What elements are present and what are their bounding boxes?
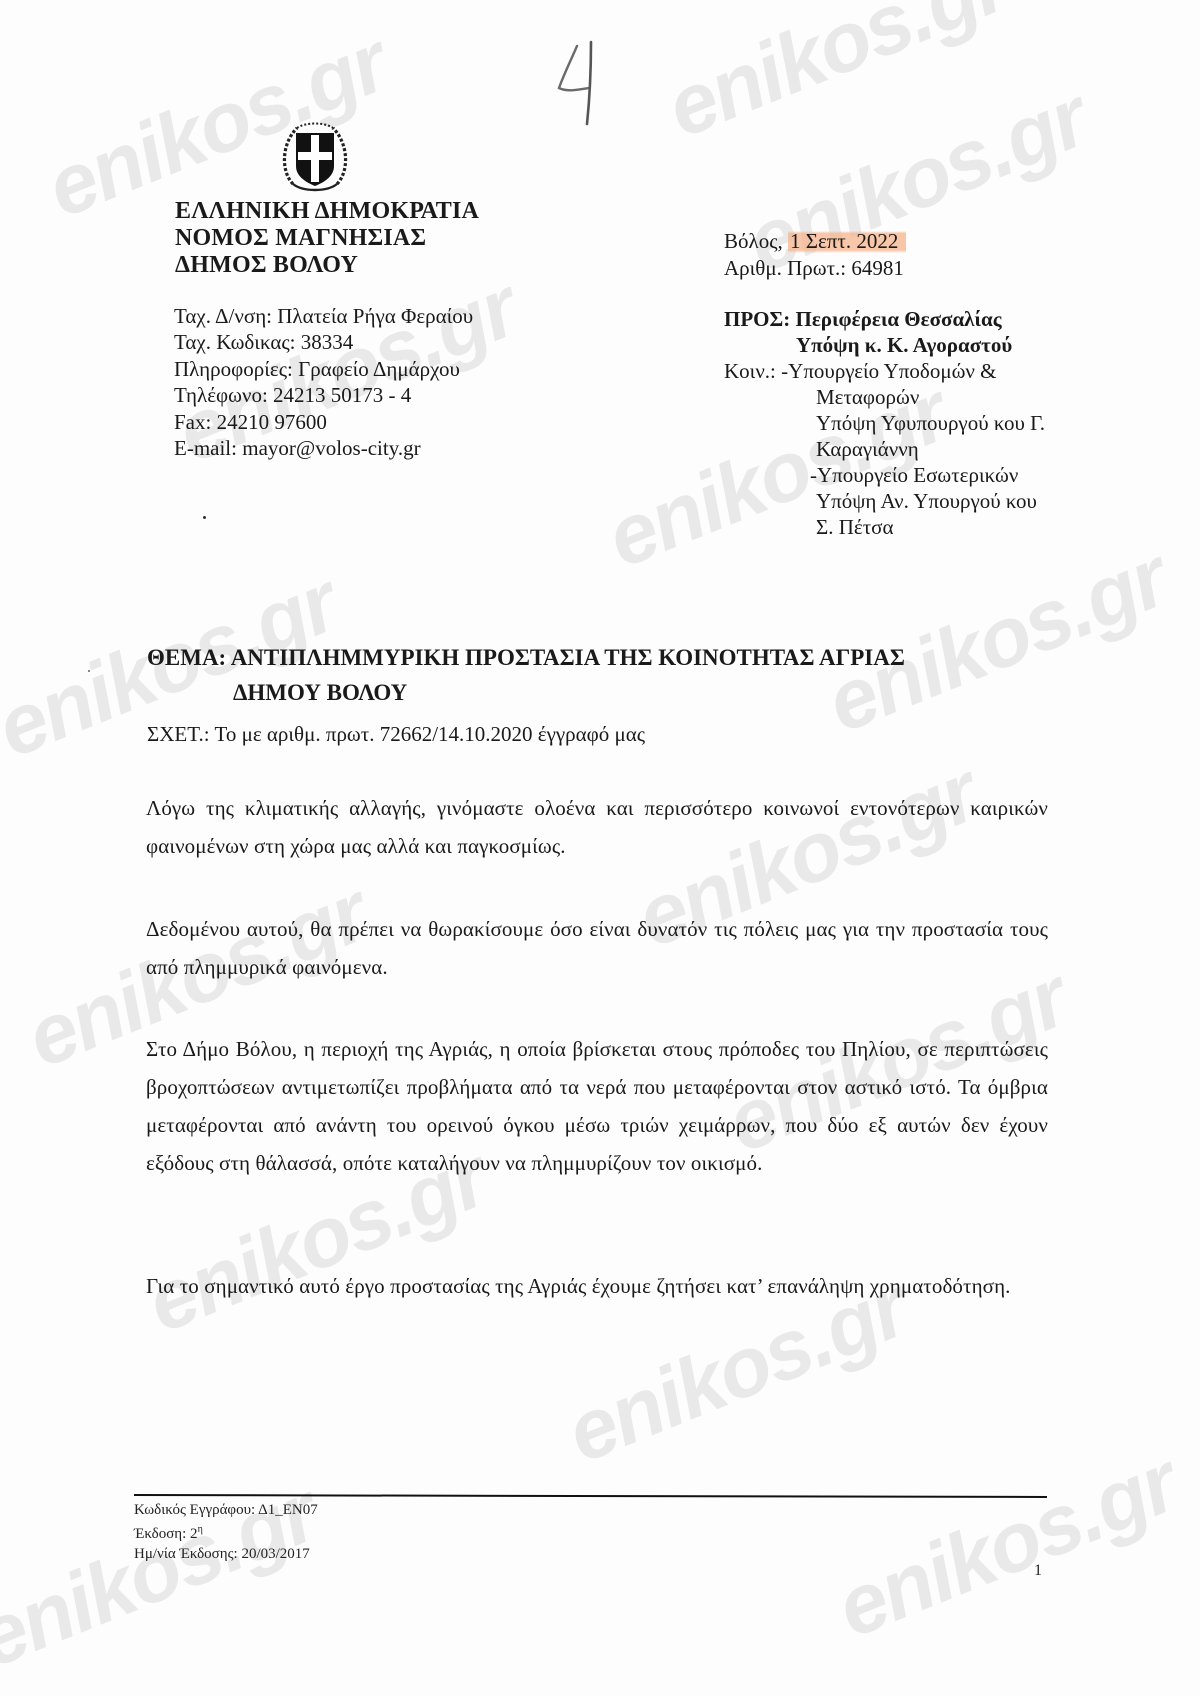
contact-fax: Fax: 24210 97600	[174, 409, 473, 435]
contact-email: E-mail: mayor@volos-city.gr	[174, 435, 473, 461]
footer: Κωδικός Εγγράφου: Δ1_ΕΝ07 Έκδοση: 2η Ημ/…	[134, 1500, 318, 1564]
cc-line: Μεταφορών	[724, 384, 1045, 410]
cc-line: Καραγιάννη	[724, 436, 1045, 462]
body-paragraph: Στο Δήμο Βόλου, η περιοχή της Αγριάς, η …	[146, 1030, 1048, 1182]
page-number: 1	[1034, 1562, 1042, 1580]
reference-line: ΣΧΕΤ.: Το με αριθμ. πρωτ. 72662/14.10.20…	[147, 722, 645, 747]
letterhead-prefecture: ΝΟΜΟΣ ΜΑΓΝΗΣΙΑΣ	[175, 225, 479, 252]
recipients-block: ΠΡΟΣ: Περιφέρεια Θεσσαλίας Υπόψη κ. Κ. Α…	[724, 306, 1045, 540]
subject: ΘΕΜΑ: ΑΝΤΙΠΛΗΜΜΥΡΙΚΗ ΠΡΟΣΤΑΣΙΑ ΤΗΣ ΚΟΙΝΟ…	[147, 640, 905, 710]
body-paragraph: Λόγω της κλιματικής αλλαγής, γινόμαστε ο…	[146, 789, 1048, 865]
contact-postal-code: Ταχ. Κωδικας: 38334	[174, 329, 473, 355]
subject-line: ΔΗΜΟΥ ΒΟΛΟΥ	[147, 675, 905, 710]
footer-edition: Έκδοση: 2	[134, 1526, 198, 1542]
contact-phone: Τηλέφωνο: 24213 50173 - 4	[174, 382, 473, 408]
document-meta: Βόλος, 1 Σεπτ. 2022 Αριθμ. Πρωτ.: 64981	[724, 228, 906, 282]
contact-block: Ταχ. Δ/νση: Πλατεία Ρήγα Φεραίου Ταχ. Κω…	[174, 303, 473, 461]
letterhead: ΕΛΛΗΝΙΚΗ ΔΗΜΟΚΡΑΤΙΑ ΝΟΜΟΣ ΜΑΓΝΗΣΙΑΣ ΔΗΜΟ…	[175, 198, 479, 279]
letterhead-municipality: ΔΗΜΟΣ ΒΟΛΟΥ	[175, 252, 479, 279]
cc-line: Σ. Πέτσα	[724, 514, 1045, 540]
contact-address: Ταχ. Δ/νση: Πλατεία Ρήγα Φεραίου	[174, 303, 473, 329]
cc-line: -Υπουργείο Υποδομών &	[781, 359, 996, 383]
footer-edition-sup: η	[198, 1524, 203, 1535]
contact-info: Πληροφορίες: Γραφείο Δημάρχου	[174, 356, 473, 382]
cc-label: Κοιν.:	[724, 359, 781, 383]
stray-mark	[203, 516, 206, 519]
protocol-number: Αριθμ. Πρωτ.: 64981	[724, 255, 906, 282]
body-paragraph: Για το σημαντικό αυτό έργο προστασίας τη…	[146, 1267, 1048, 1305]
stray-mark	[88, 670, 90, 672]
subject-line: ΘΕΜΑ: ΑΝΤΙΠΛΗΜΜΥΡΙΚΗ ΠΡΟΣΤΑΣΙΑ ΤΗΣ ΚΟΙΝΟ…	[147, 640, 905, 675]
cc-line: Υπόψη Αν. Υπουργού κου	[724, 488, 1045, 514]
document-page: enikos.gr enikos.gr enikos.gr enikos.gr …	[0, 0, 1200, 1696]
cc-line: -Υπουργείο Εσωτερικών	[724, 462, 1045, 488]
cc-line: Υπόψη Υφυπουργού κου Γ.	[724, 410, 1045, 436]
date-highlighted: 1 Σεπτ. 2022	[788, 229, 906, 253]
to-recipient: Περιφέρεια Θεσσαλίας	[795, 307, 1001, 331]
to-label: ΠΡΟΣ:	[724, 307, 795, 331]
footer-issue-date: Ημ/νία Έκδοσης: 20/03/2017	[134, 1544, 318, 1564]
handwritten-number-annotation	[555, 40, 605, 130]
place: Βόλος,	[724, 229, 788, 253]
greek-coat-of-arms-icon	[279, 118, 351, 196]
body-paragraph: Δεδομένου αυτού, θα πρέπει να θωρακίσουμ…	[146, 910, 1048, 986]
to-attention: Υπόψη κ. Κ. Αγοραστού	[724, 332, 1045, 358]
letterhead-country: ΕΛΛΗΝΙΚΗ ΔΗΜΟΚΡΑΤΙΑ	[175, 198, 479, 225]
footer-doc-code: Κωδικός Εγγράφου: Δ1_ΕΝ07	[134, 1500, 318, 1520]
footer-divider	[134, 1494, 1047, 1498]
